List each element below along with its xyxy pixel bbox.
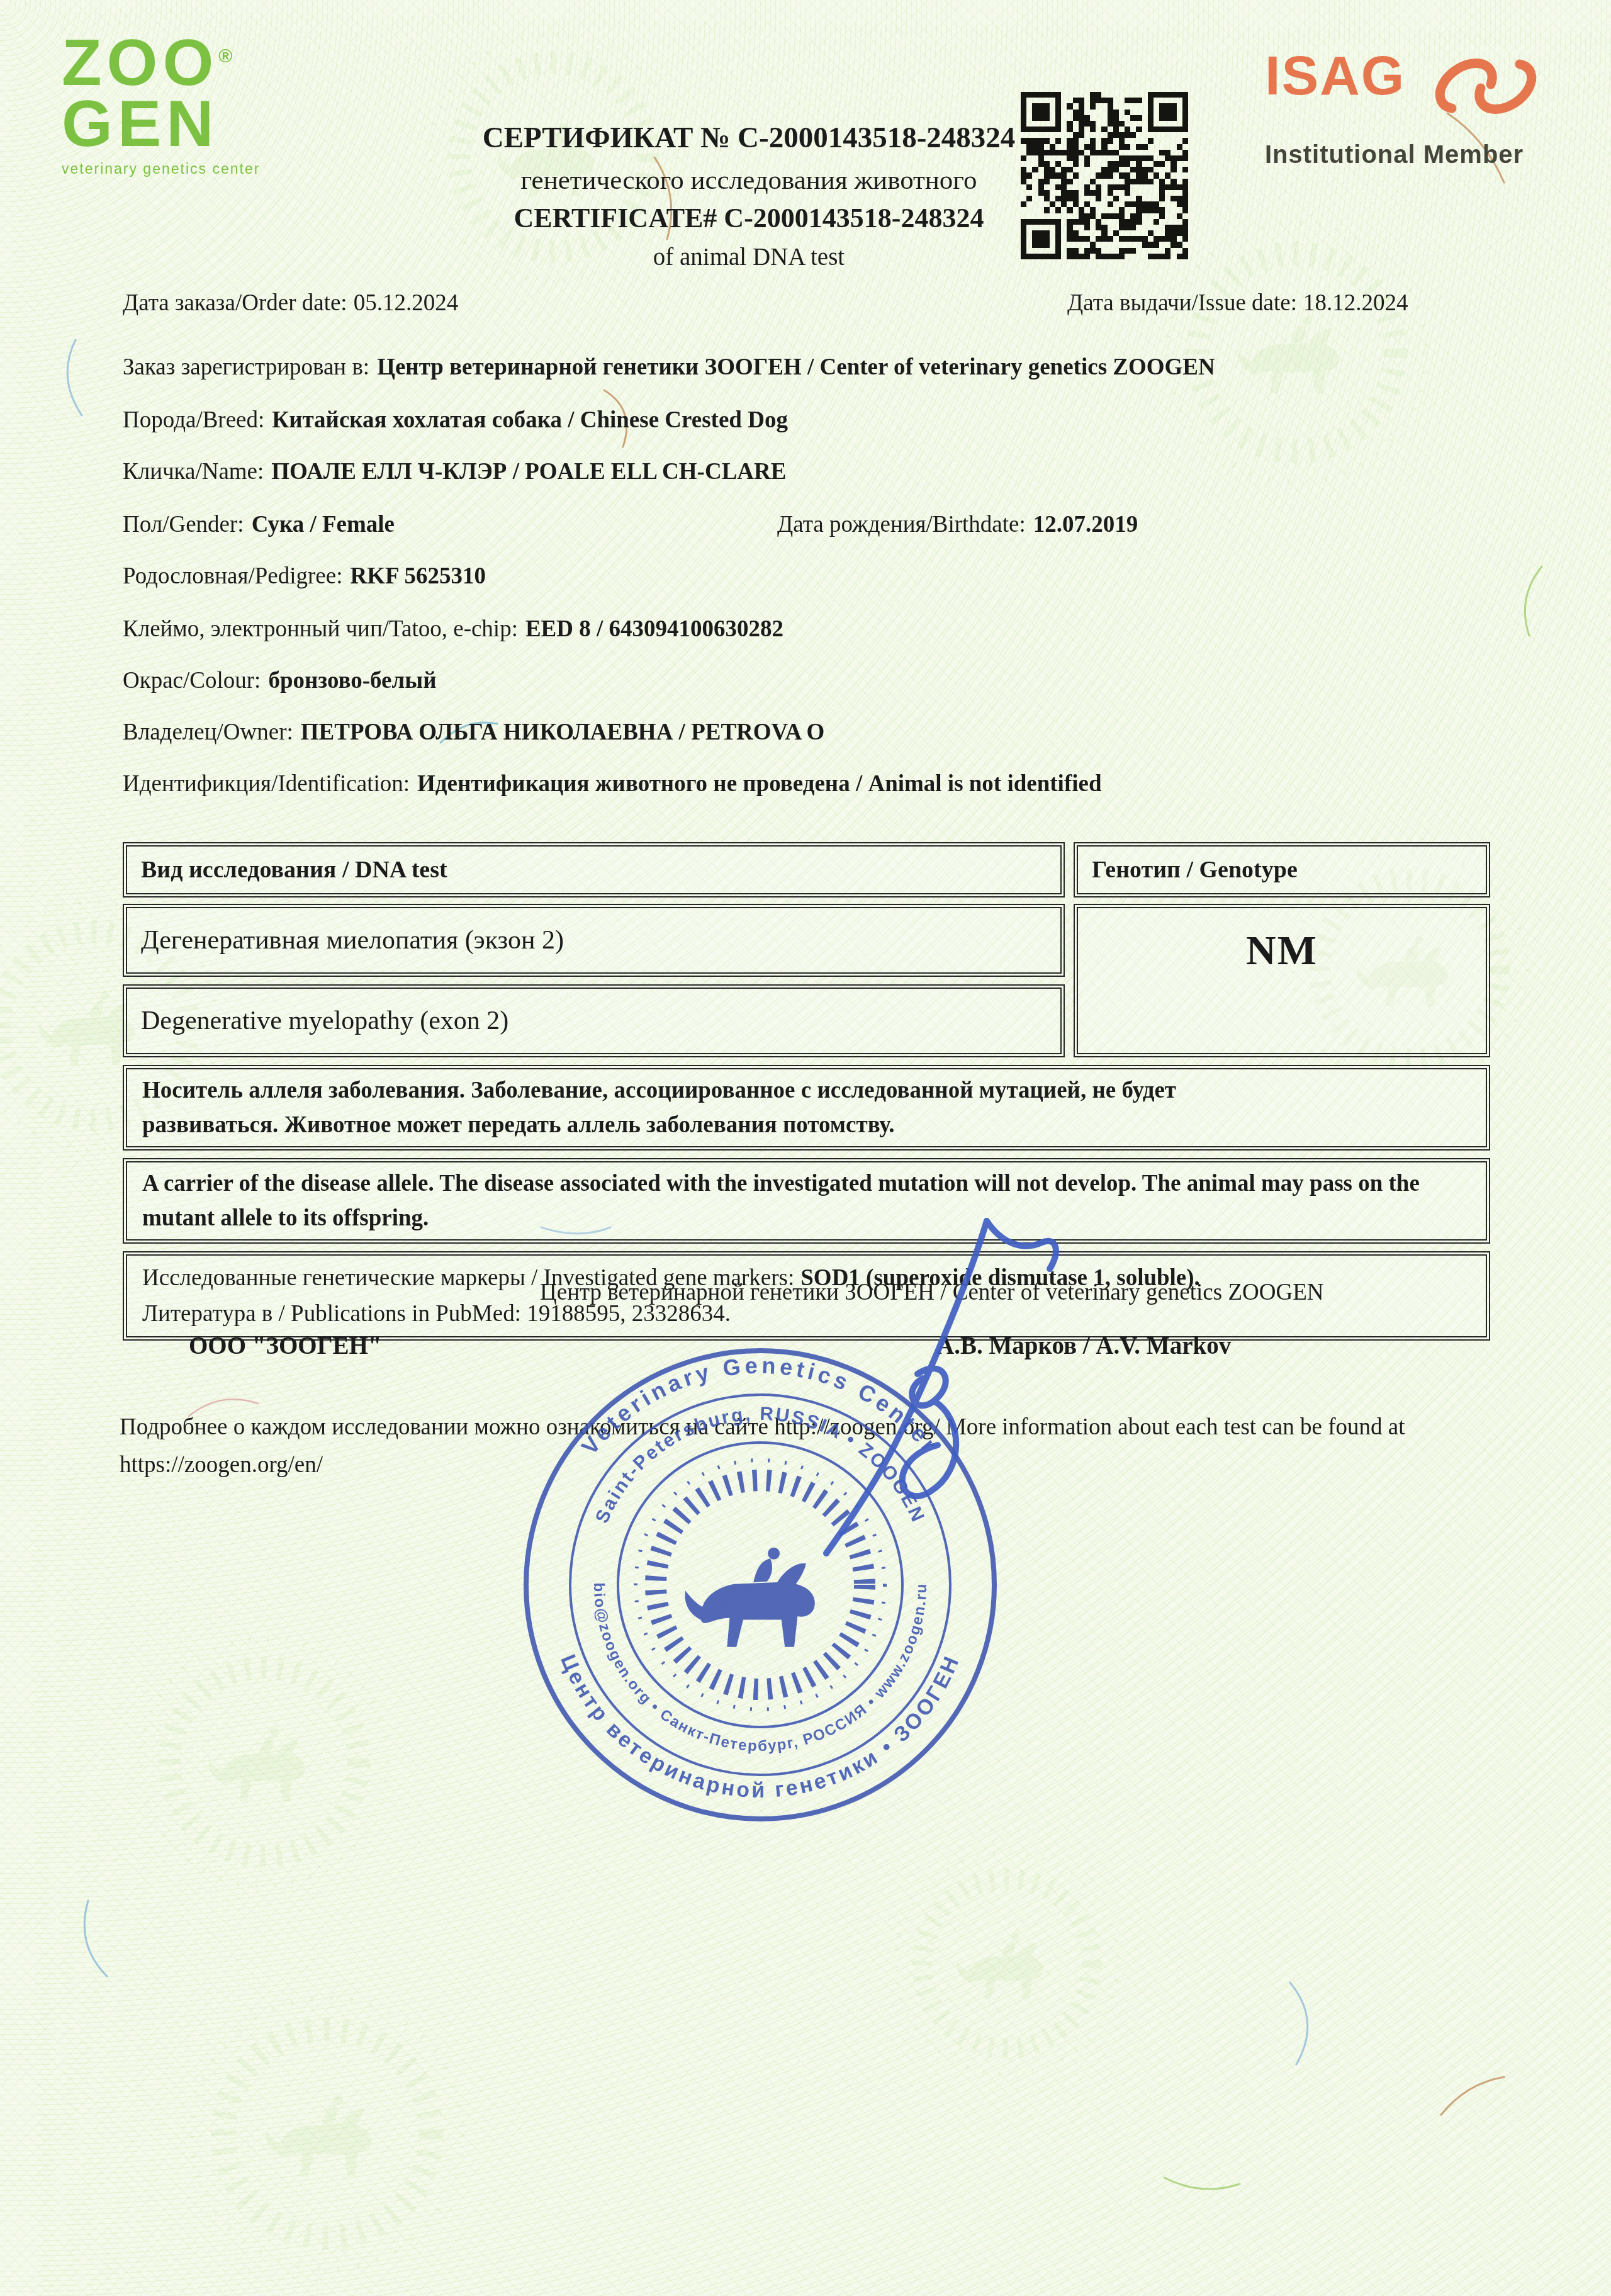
field-pedigree-value: RKF 5625310: [350, 563, 485, 589]
certificate-page: ZOO® GEN veterinary genetics center СЕРТ…: [0, 0, 1611, 2296]
field-chip-label: Клеймо, электронный чип/Tatoo, e-chip:: [123, 616, 518, 642]
issue-date-value: 18.12.2024: [1303, 290, 1408, 316]
field-breed-value: Китайская хохлатая собака / Chinese Cres…: [272, 407, 788, 433]
field-breed-label: Порода/Breed:: [123, 407, 264, 433]
field-colour-label: Окрас/Colour:: [123, 668, 261, 694]
table-cell-genotype-value: NM: [1074, 904, 1490, 1057]
certificate-number-en: CERTIFICATE# C-2000143518-248324: [463, 202, 1035, 234]
qr-code: [1021, 92, 1188, 259]
field-gender: Пол/Gender:Сука / Female: [123, 511, 395, 538]
field-gender-value: Сука / Female: [252, 512, 395, 537]
field-pedigree-label: Родословная/Pedigree:: [123, 563, 342, 589]
table-cell-result-ru: Носитель аллеля заболевания. Заболевание…: [123, 1065, 1490, 1151]
field-chip-value: EED 8 / 643094100630282: [525, 616, 783, 642]
issuer-company: ООО "ЗООГЕН": [189, 1332, 381, 1360]
field-name-value: ПОАЛЕ ЕЛЛ Ч-КЛЭР / POALE ELL CH-CLARE: [271, 459, 786, 485]
registered-trademark-icon: ®: [218, 46, 232, 67]
zoogen-logo-gen: GEN: [62, 94, 326, 155]
zoogen-logo-subtitle: veterinary genetics center: [62, 160, 326, 177]
field-identification-value: Идентификация животного не проведена / A…: [417, 771, 1102, 797]
field-name-label: Кличка/Name:: [123, 459, 264, 485]
field-owner-value: ПЕТРОВА ОЛЬГА НИКОЛАЕВНА / PETROVA O: [301, 719, 825, 745]
field-birthdate-label: Дата рождения/Birthdate:: [777, 512, 1026, 537]
table-cell-test-en: Degenerative myelopathy (exon 2): [123, 984, 1065, 1057]
certificate-subtitle-en: of animal DNA test: [463, 243, 1035, 271]
handwritten-signature: [792, 1213, 1106, 1569]
field-name: Кличка/Name:ПОАЛЕ ЕЛЛ Ч-КЛЭР / POALE ELL…: [123, 458, 786, 485]
field-birthdate: Дата рождения/Birthdate:12.07.2019: [777, 511, 1138, 538]
certificate-title-block: СЕРТИФИКАТ № С-2000143518-248324 генетич…: [463, 121, 1035, 271]
field-breed: Порода/Breed:Китайская хохлатая собака /…: [123, 407, 788, 434]
zoogen-logo: ZOO® GEN veterinary genetics center: [62, 33, 326, 177]
field-gender-label: Пол/Gender:: [123, 512, 244, 537]
field-birthdate-value: 12.07.2019: [1033, 512, 1138, 537]
field-registered-value: Центр ветеринарной генетики ЗООГЕН / Cen…: [377, 354, 1215, 380]
isag-wordmark: ISAG: [1265, 37, 1405, 114]
field-chip: Клеймо, электронный чип/Tatoo, e-chip:EE…: [123, 616, 783, 643]
zoogen-logo-zoo: ZOO®: [62, 33, 326, 94]
issue-date-label: Дата выдачи/Issue date:: [1067, 290, 1297, 316]
isag-rings-icon: [1414, 33, 1559, 140]
field-owner-label: Владелец/Owner:: [123, 719, 293, 745]
isag-subtitle: Institutional Member: [1265, 141, 1608, 169]
field-colour: Окрас/Colour:бронзово-белый: [123, 667, 436, 694]
field-registered: Заказ зарегистрирован в:Центр ветеринарн…: [123, 354, 1215, 381]
order-date-label: Дата заказа/Order date:: [123, 290, 347, 316]
isag-logo: ISAG Institutional Member: [1265, 37, 1608, 169]
order-date-value: 05.12.2024: [354, 290, 459, 316]
table-cell-test-ru: Дегенеративная миелопатия (экзон 2): [123, 904, 1065, 977]
field-colour-value: бронзово-белый: [268, 668, 436, 694]
table-header-genotype: Генотип / Genotype: [1074, 842, 1490, 898]
field-registered-label: Заказ зарегистрирован в:: [123, 354, 369, 380]
order-date-line: Дата заказа/Order date:05.12.2024: [123, 290, 458, 317]
certificate-number-ru: СЕРТИФИКАТ № С-2000143518-248324: [463, 121, 1035, 155]
field-owner: Владелец/Owner:ПЕТРОВА ОЛЬГА НИКОЛАЕВНА …: [123, 719, 824, 746]
certificate-subtitle-ru: генетического исследования животного: [463, 165, 1035, 196]
field-identification: Идентификция/Identification:Идентификаци…: [123, 770, 1102, 797]
table-header-dna-test: Вид исследования / DNA test: [123, 842, 1065, 898]
issue-date-line: Дата выдачи/Issue date:18.12.2024: [1067, 290, 1408, 317]
field-identification-label: Идентификция/Identification:: [123, 771, 410, 797]
field-pedigree: Родословная/Pedigree:RKF 5625310: [123, 563, 486, 590]
